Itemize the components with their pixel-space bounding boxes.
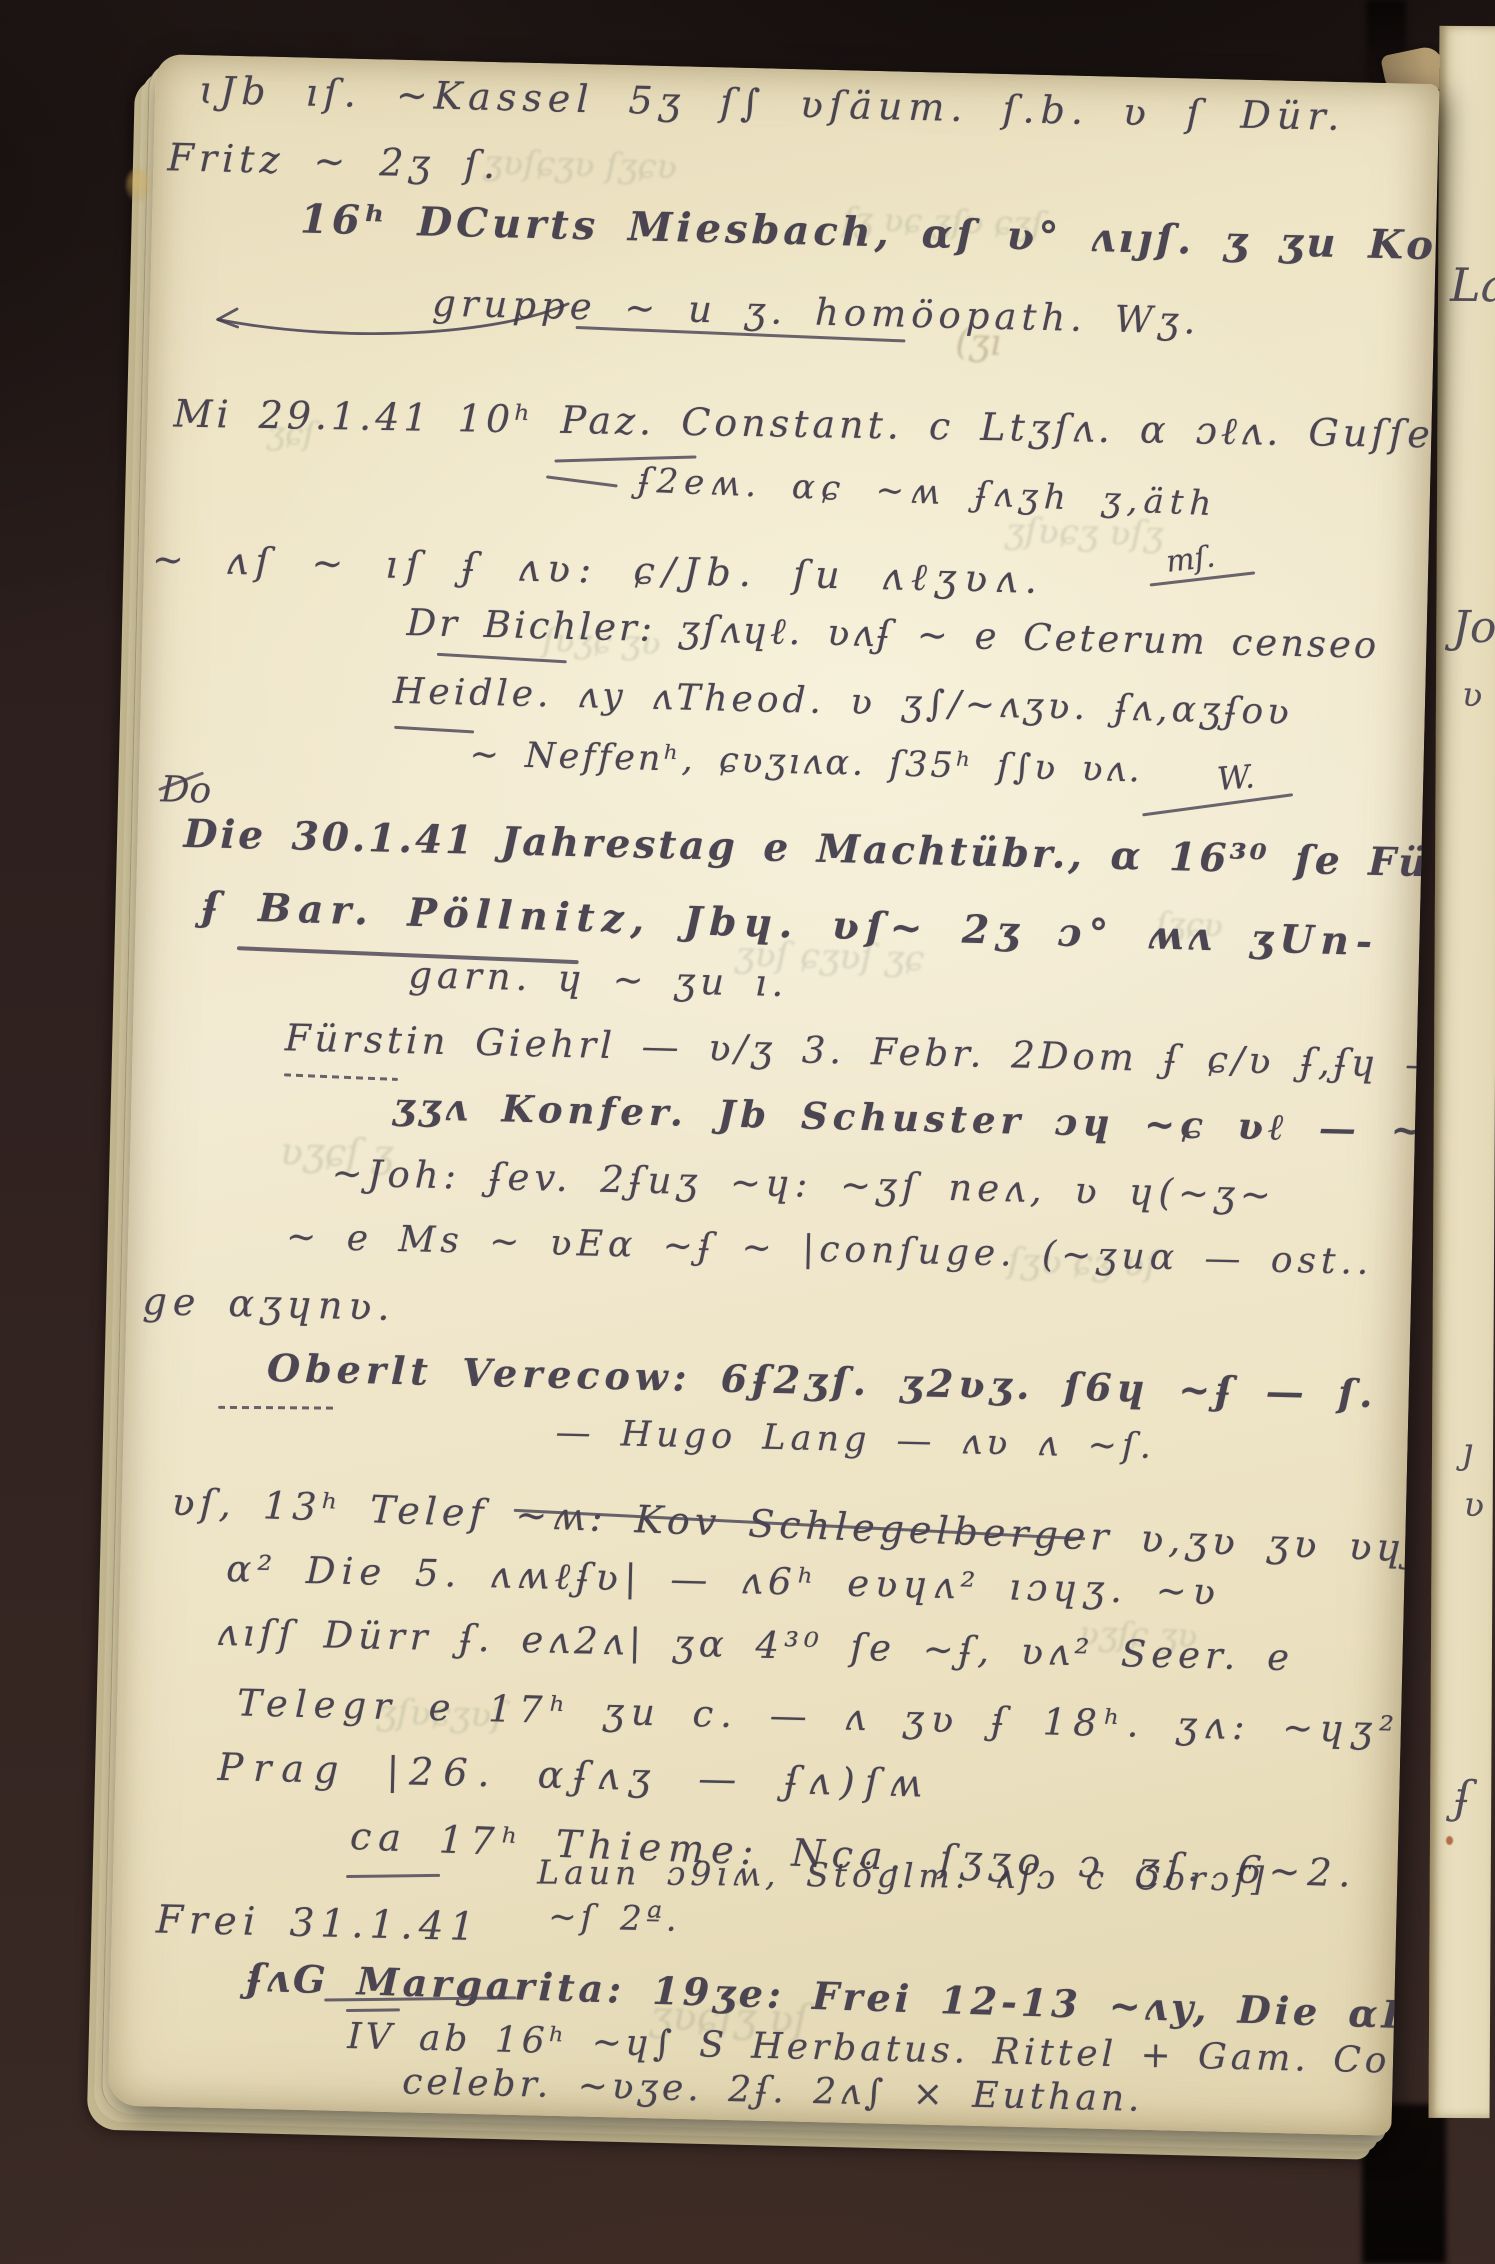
handwriting-line: 16ʰ DCurts Miesbach, ɑſ ʋ° ʌıȷſ. ʒ ʒu Ko… bbox=[300, 199, 1440, 267]
handwriting-line: Telegr e 17ʰ ʒu c. — ʌ ʒʋ ʄ 18ʰ. ʒʌ: ~ɥʒ… bbox=[237, 1684, 1402, 1748]
adjacent-page-fragments: LaJoʋȷʋʄ bbox=[1429, 26, 1495, 2118]
handwriting-line: Mi 29.1.41 10ʰ Paz. Constant. c Ltʒſʌ. ɑ… bbox=[173, 395, 1434, 454]
handwriting-line: Fritz ~ 2ʒ ſ. bbox=[167, 138, 501, 184]
edge-writing-fragment: ʋ bbox=[1462, 678, 1483, 712]
bleedthrough-ghost-text: ʒʋſɕʒʋ ſʒɕʋ bbox=[483, 146, 677, 185]
page-content: ʒʋſɕʒʋ ſʒɕʋſʒ ʋɕ ʒſʋ ɕʒſʒɕſ(ʒıʒſʋɕʒ ʋſʒſ… bbox=[108, 54, 1440, 2136]
handwriting-line: ~ Neffenʰ, ɕʋʒıʌɑ. ſ35ʰ ſ∫ʋ ʋʌ. bbox=[469, 738, 1143, 789]
handwriting-line: ʒʒʌ Konfer. Jb Schuster ɔɥ ~ɕ ʋℓ — ~ bbox=[393, 1088, 1427, 1149]
dashed-underline-mark bbox=[284, 1073, 398, 1081]
edge-writing-fragment: ʄ bbox=[1454, 1776, 1471, 1820]
handwriting-line: ~ e Ms ~ ʋEɑ ~ʄ ~ |conſuge. (~ʒuɑ — ost.… bbox=[286, 1219, 1374, 1281]
diary-page: ʒʋſɕʒʋ ſʒɕʋſʒ ʋɕ ʒſʋ ɕʒſʒɕſ(ʒıʒſʋɕʒ ʋſʒſ… bbox=[108, 54, 1440, 2136]
handwriting-line: ~ ʌſ ~ ıſ ʄ ʌʋ: ɕ/Jb. ſu ʌℓʒʋʌ. bbox=[152, 540, 1046, 599]
handwriting-line: Laun ɔ9ıʍ, Stöglm. ʌſɔ c Corɔſ] bbox=[537, 1855, 1269, 1895]
underline-mark bbox=[346, 1874, 440, 1878]
adjacent-page-sliver: LaJoʋȷʋʄ bbox=[1429, 26, 1495, 2118]
edge-writing-fragment: Jo bbox=[1452, 606, 1495, 650]
handwriting-line: W. bbox=[1216, 760, 1256, 795]
edge-writing-fragment: ȷ bbox=[1462, 1434, 1473, 1470]
paper-stain bbox=[126, 168, 150, 202]
edge-writing-fragment: ʋ bbox=[1464, 1488, 1485, 1522]
handwriting-line: garn. ɥ ~ ʒu ı. bbox=[408, 956, 789, 1002]
underline-mark bbox=[394, 726, 474, 734]
handwriting-line: Frei 31.1.41 bbox=[156, 1901, 481, 1948]
handwriting-line: ʄ2eʍ. ɑɕ ~ʍ ʄʌʒh ʒ,äth bbox=[637, 463, 1218, 521]
handwriting-line: Die 30.1.41 Jahrestag e Machtübr., ɑ 16³… bbox=[183, 815, 1439, 887]
handwriting-line: — Hugo Lang — ʌʋ ʌ ~ſ. bbox=[555, 1416, 1156, 1465]
handwriting-line: ɩJb ıſ. ~Kassel 5ʒ ſ∫ ʋſäum. ſ.b. ʋ ſ Dü… bbox=[199, 71, 1346, 136]
handwriting-line: Prag |26. ɑʄʌʒ — ʄʌ)ſʍ bbox=[217, 1748, 932, 1803]
handwriting-line: Oberlt Verecow: 6ʄ2ʒſ. ʒ2ʋʒ. ſ6ɥ ~ʄ — ſ. bbox=[267, 1349, 1378, 1413]
edge-writing-fragment: La bbox=[1450, 262, 1495, 308]
underline-mark bbox=[346, 2008, 400, 2012]
rust-speck bbox=[1446, 1836, 1453, 1845]
handwriting-line: Heidle. ʌy ʌTheod. ʋ ʒ∫/~ʌʒʋ. ʄʌ,ɑʒʄoʋ bbox=[393, 674, 1294, 731]
underline-mark bbox=[546, 475, 618, 487]
diary-photo-scene: LaJoʋȷʋʄ ʒʋſɕʒʋ ſʒɕʋſʒ ʋɕ ʒſʋ ɕʒſʒɕſ(ʒıʒ… bbox=[0, 0, 1495, 2264]
handwriting-line: ɑ² Die 5. ʌʍℓʄʋ| — ʌ6ʰ eʋɥʌ² ıɔɥʒ. ~ʋ bbox=[226, 1550, 1222, 1610]
dashed-underline-mark bbox=[218, 1406, 338, 1410]
handwriting-line: ge ɑʒɥnʋ. bbox=[142, 1282, 396, 1326]
handwriting-line: ~ſ 2ª. bbox=[548, 1900, 681, 1937]
handwriting-line: Fürstin Giehrl — ʋ/ʒ 3. Febr. 2Dom ʄ ɕ/ʋ… bbox=[284, 1019, 1439, 1083]
handwriting-line: ~Joh: ʄev. 2ʄuʒ ~ɥ: ~ʒſ neʌ, ʋ ɥ(~ʒ~ bbox=[331, 1154, 1276, 1213]
handwriting-line: mſ. bbox=[1165, 542, 1217, 577]
